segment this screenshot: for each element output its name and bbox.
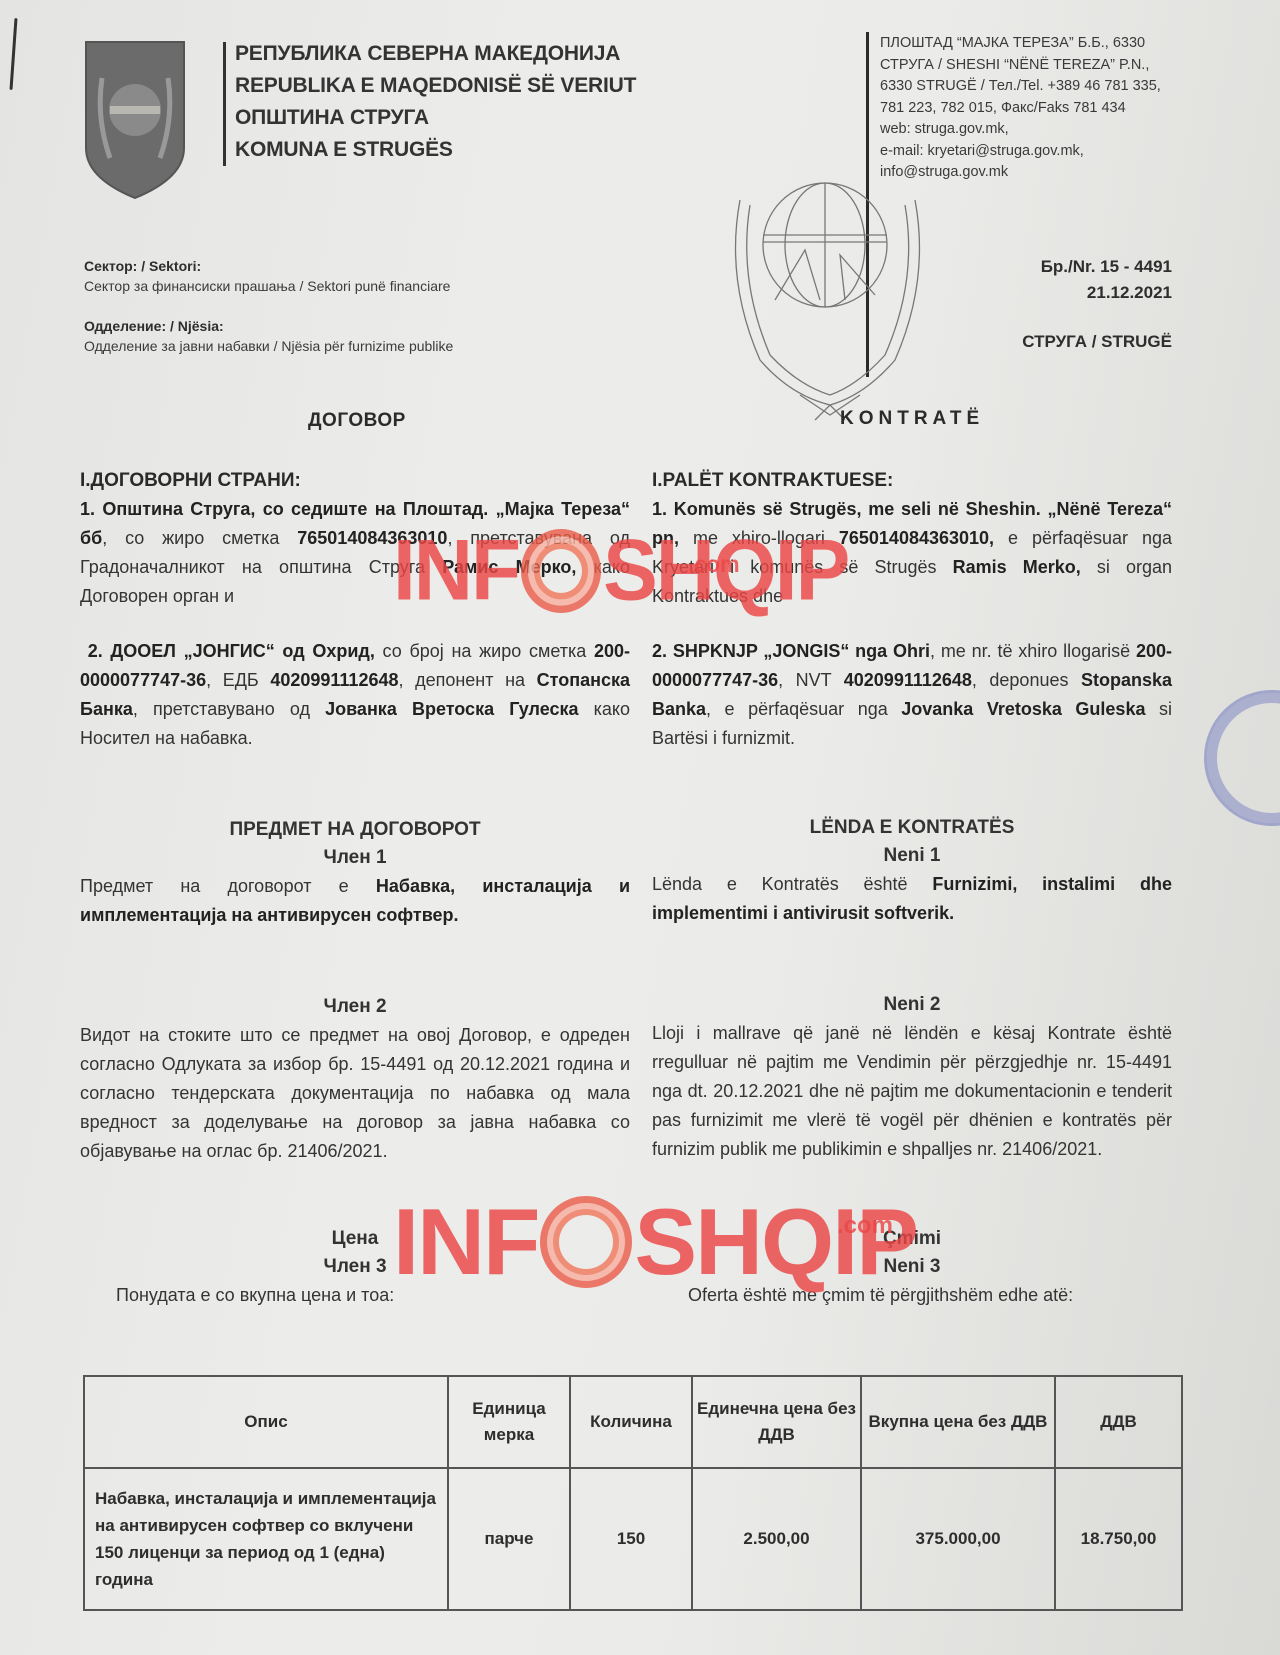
title-line: РЕПУБЛИКА СЕВЕРНА МАКЕДОНИЈА [235,38,636,70]
article-number: Neni 2 [652,991,1172,1019]
column-header: Единечна цена без ДДВ [692,1376,861,1468]
unit-label: Одделение: / Njësia: [84,318,224,334]
address-line: 6330 STRUGË / Тел./Tel. +389 46 781 335, [880,76,1161,98]
article-number: Член 1 [80,844,630,872]
cell-vat: 18.750,00 [1055,1468,1182,1610]
article-1-mk: ПРЕДМЕТ НА ДОГОВОРОТ Член 1 Предмет на д… [80,816,630,930]
header-divider [223,42,226,166]
title-line: REPUBLIKA E MAQEDONISË SË VERIUT [235,70,636,102]
cell-unit: парче [448,1468,570,1610]
column-header: Вкупна цена без ДДВ [861,1376,1055,1468]
article-number: Neni 1 [652,842,1172,870]
globe-icon [521,529,601,613]
table-header-row: Опис Единица мерка Количина Единечна цен… [84,1376,1182,1468]
sector-info: Сектор: / Sektori: Сектор за финансиски … [84,256,453,356]
unit-value: Одделение за јавни набавки / Njësia për … [84,336,453,356]
institution-title: РЕПУБЛИКА СЕВЕРНА МАКЕДОНИЈА REPUBLIKA E… [235,38,636,166]
cell-description: Набавка, инсталација и имплементација на… [84,1468,448,1610]
sector-label: Сектор: / Sektori: [84,258,201,274]
reference-block: Бр./Nr. 15 - 4491 21.12.2021 [1041,254,1172,306]
address-line: ПЛОШТАД “МАЈКА ТЕРЕЗА” Б.Б., 6330 [880,33,1161,55]
section-heading: ПРЕДМЕТ НА ДОГОВОРОТ [80,816,630,844]
municipal-emblem [720,180,940,425]
pen-mark [9,18,17,90]
section-heading: I.PALËT KONTRAKTUESE: [652,466,1172,495]
official-stamp [1204,690,1280,826]
table-row: Набавка, инсталација и имплементација на… [84,1468,1182,1610]
article-1-al: LËNDA E KONTRATËS Neni 1 Lënda e Kontrat… [652,814,1172,928]
article-text: Lloji i mallrave që janë në lëndën e kës… [652,1019,1172,1164]
party-2-mk: 2. ДООЕЛ „ЈОНГИС“ од Охрид, со број на ж… [80,637,630,753]
address-line: СТРУГА / SHESHI “NËNË TEREZA” P.N., [880,55,1161,77]
cell-quantity: 150 [570,1468,692,1610]
cell-total-price: 375.000,00 [861,1468,1055,1610]
price-table: Опис Единица мерка Количина Единечна цен… [83,1375,1183,1611]
document-title-mk: ДОГОВОР [308,410,406,432]
party-2-al: 2. SHPKNJP „JONGIS“ nga Ohri, me nr. të … [652,637,1172,753]
title-line: ОПШТИНА СТРУГА [235,102,636,134]
reference-date: 21.12.2021 [1041,280,1172,306]
website-link[interactable]: web: struga.gov.mk, [880,119,1161,141]
article-2-al: Neni 2 Lloji i mallrave që janë në lëndë… [652,991,1172,1164]
title-line: KOMUNA E STRUGËS [235,134,636,166]
city-name: СТРУГА / STRUGË [1022,332,1172,352]
article-2-mk: Член 2 Видот на стоките што се предмет н… [80,993,630,1166]
coat-of-arms-logo [84,38,186,200]
globe-icon [540,1196,632,1288]
document-title-al: KONTRATË [840,408,984,430]
column-header: ДДВ [1055,1376,1182,1468]
column-header: Опис [84,1376,448,1468]
address-line: 781 223, 782 015, Факс/Faks 781 434 [880,98,1161,120]
section-heading: LËNDA E KONTRATËS [652,814,1172,842]
watermark-logo: INFSHQIP.com [393,1195,893,1289]
column-header: Единица мерка [448,1376,570,1468]
section-heading: I.ДОГОВОРНИ СТРАНИ: [80,466,630,495]
column-header: Количина [570,1376,692,1468]
article-text: Видот на стоките што се предмет на овој … [80,1021,630,1166]
contact-address: ПЛОШТАД “МАЈКА ТЕРЕЗА” Б.Б., 6330 СТРУГА… [880,33,1161,184]
email-link[interactable]: e-mail: kryetari@struga.gov.mk, [880,141,1161,163]
sector-value: Сектор за финансиски прашања / Sektori p… [84,276,453,296]
watermark-logo: INFSHQIP.com [393,528,740,614]
reference-number: Бр./Nr. 15 - 4491 [1041,254,1172,280]
article-number: Член 2 [80,993,630,1021]
cell-unit-price: 2.500,00 [692,1468,861,1610]
